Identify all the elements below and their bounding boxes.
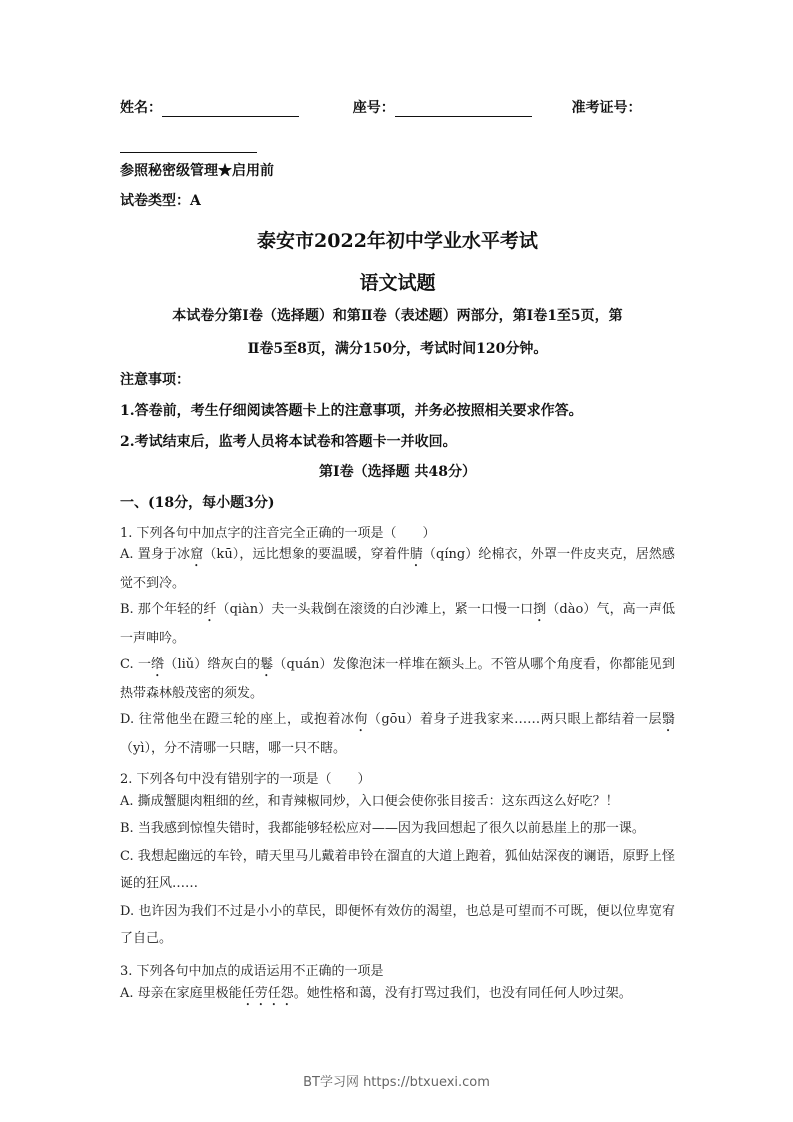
question-1-option-d: D. 往常他坐在蹬三轮的座上，或抱着冰佝（gōu）着身子进我家来……两只眼上都结… bbox=[120, 706, 675, 762]
question-2-option-b: B. 当我感到惊惶失错时，我都能够轻松应对——因为我回想起了很久以前悬崖上的那一… bbox=[120, 815, 675, 842]
question-2-option-c: C. 我想起幽远的车铃，晴天里马儿戴着串铃在溜直的大道上跑着，狐仙姑深夜的谰语，… bbox=[120, 843, 675, 897]
question-2-option-a: A. 撕成蟹腿肉粗细的丝，和青辣椒同炒，入口便会使你张目接舌：这东西这么好吃？！ bbox=[120, 788, 675, 815]
name-blank[interactable] bbox=[162, 102, 299, 117]
name-label: 姓名： bbox=[120, 100, 162, 116]
dotted-char: 绺 bbox=[151, 657, 164, 672]
exam-id-blank-row bbox=[120, 134, 257, 153]
volume-title: 第Ⅰ卷（选择题 共48分） bbox=[120, 461, 675, 481]
dotted-char: 窟 bbox=[190, 547, 203, 562]
dotted-char: 腈 bbox=[410, 547, 423, 562]
dotted-char: 鬈 bbox=[260, 657, 273, 672]
paper-type: 试卷类型：A bbox=[120, 190, 201, 210]
question-1-stem: 1. 下列各句中加点字的注音完全正确的一项是（ ） bbox=[120, 522, 436, 541]
question-2-option-d: D. 也许因为我们不过是小小的草民，即便怀有效仿的渴望，也总是可望而不可既，便以… bbox=[120, 898, 675, 952]
exam-title: 泰安市2022年初中学业水平考试 bbox=[120, 226, 675, 253]
note-item-1: 1.答卷前，考生仔细阅读答题卡上的注意事项，并务必按照相关要求作答。 bbox=[120, 400, 583, 420]
intro-line-2: Ⅱ卷5至8页，满分150分，考试时间120分钟。 bbox=[120, 338, 675, 358]
dotted-idiom: 任劳任怨 bbox=[242, 986, 294, 1001]
dotted-char: 翳 bbox=[662, 712, 675, 727]
dotted-char: 捯 bbox=[533, 602, 546, 617]
secrecy-label: 参照秘密级管理★启用前 bbox=[120, 160, 274, 180]
seat-blank[interactable] bbox=[395, 102, 532, 117]
exam-id-label: 准考证号： bbox=[572, 100, 642, 116]
dotted-char: 纤 bbox=[203, 602, 216, 617]
exam-id-blank[interactable] bbox=[120, 138, 257, 153]
watermark-footer: BT学习网 https://btxuexi.com bbox=[0, 1071, 793, 1090]
part-title: 一、(18分，每小题3分) bbox=[120, 492, 274, 512]
notes-heading: 注意事项： bbox=[120, 369, 190, 389]
seat-label: 座号： bbox=[353, 100, 395, 116]
candidate-info-row: 姓名： 座号： 准考证号： bbox=[120, 97, 642, 117]
question-1-option-b: B. 那个年轻的纤（qiàn）夫一头栽倒在滚烫的白沙滩上，紧一口慢一口捯（dào… bbox=[120, 596, 675, 652]
intro-line-1: 本试卷分第Ⅰ卷（选择题）和第Ⅱ卷（表述题）两部分，第Ⅰ卷1至5页，第 bbox=[120, 305, 675, 325]
note-item-2: 2.考试结束后，监考人员将本试卷和答题卡一并收回。 bbox=[120, 431, 457, 451]
subject-title: 语文试题 bbox=[120, 268, 675, 295]
question-3-stem: 3. 下列各句中加点的成语运用不正确的一项是 bbox=[120, 960, 384, 979]
question-1-option-c: C. 一绺（liǔ）绺灰白的鬈（quán）发像泡沫一样堆在额头上。不管从哪个角度… bbox=[120, 651, 675, 707]
dotted-char: 佝 bbox=[354, 712, 367, 727]
question-1-option-a: A. 置身于冰窟（kū），远比想象的要温暖，穿着件腈（qíng）纶棉衣，外罩一件… bbox=[120, 541, 675, 597]
question-2-stem: 2. 下列各句中没有错别字的一项是（ ） bbox=[120, 768, 371, 787]
question-3-option-a: A. 母亲在家庭里极能任劳任怨。她性格和蔼，没有打骂过我们，也没有同任何人吵过架… bbox=[120, 980, 675, 1009]
